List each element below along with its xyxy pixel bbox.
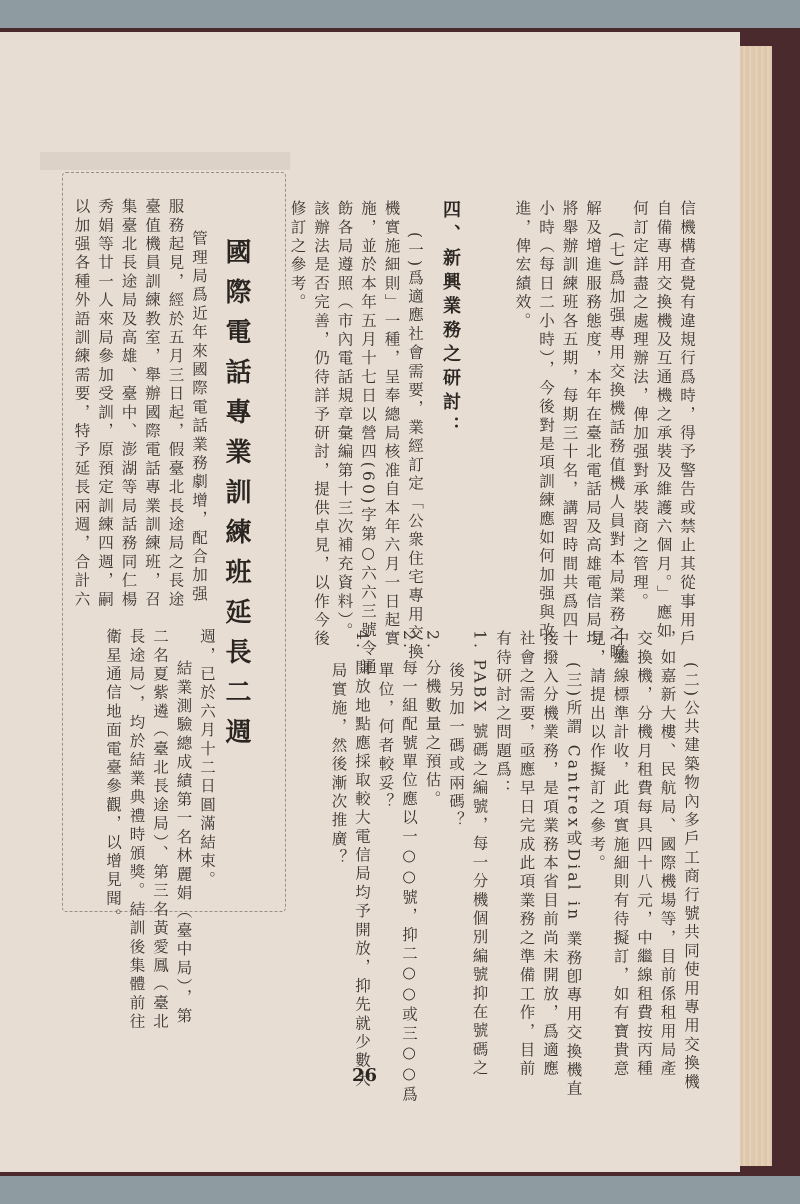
- text-column: 飭各局遵照（市內電話規章彙編第十三次補充資料）。: [332, 200, 356, 530]
- text-column: 施，並於本年五月十七日以營四(60)字第○六六三號令通: [356, 200, 380, 530]
- text-column: 管理局爲近年來國際電話業務劇增，配合加强: [187, 198, 211, 518]
- text-column: 秀娟等廿一人來局參加受訓，原預定訓練四週，嗣: [93, 198, 117, 518]
- page-edges: [740, 46, 772, 1166]
- text-column: 將舉辦訓練班各五期，每期三十名，講習時間共爲四十: [557, 200, 581, 530]
- text-column: 結業測驗總成績第一名林麗娟（臺中局），第: [171, 628, 195, 918]
- boxed-article-lower-text: 週，已於六月十二日圓滿結束。結業測驗總成績第一名林麗娟（臺中局），第二名夏紫遴（…: [101, 628, 219, 918]
- faint-show-through: [40, 152, 290, 170]
- text-column: 單位，何者較妥？: [373, 630, 397, 1030]
- text-column: 見，請提出以作擬訂之參考。: [585, 630, 609, 1030]
- section-heading: 四、新興業務之研討：: [437, 200, 463, 440]
- text-column: 1. PABX 號碼之編號，每一分機個別編號抑在號碼之: [467, 630, 491, 1030]
- text-column: 社會之需要，亟應早日完成此項業務之準備工作，目前: [514, 630, 538, 1030]
- right-top-text-block: 信機構查覺有違規行爲時，得予警告或禁止其從事用戶自備專用交換機及互通機之承裝及維…: [510, 200, 698, 530]
- text-column: 後另加一碼或兩碼？: [444, 630, 468, 1030]
- boxed-article-upper-text: 管理局爲近年來國際電話業務劇增，配合加强服務起見，經於五月三日起，假臺北長途局之…: [69, 198, 210, 518]
- text-column: 信機構查覺有違規行爲時，得予警告或禁止其從事用戶: [675, 200, 699, 530]
- text-column: 2. 分機數量之預估。: [420, 630, 444, 1030]
- text-column: 4. 開放地點應採取較大電信局均予開放，抑先就少數大: [350, 630, 374, 1030]
- text-column: (七)爲加强專用交換機話務值機人員對本局業務之瞭: [604, 200, 628, 530]
- text-column: 衛星通信地面電臺參觀，以增見聞。: [101, 628, 125, 918]
- text-column: 以加强各種外語訓練需要，特予延長兩週，合計六: [69, 198, 93, 518]
- middle-text-block: (一)爲適應社會需要，業經訂定「公衆住宅專用交換機實施細則」一種，呈奉總局核准自…: [285, 200, 426, 530]
- text-column: (一)爲適應社會需要，業經訂定「公衆住宅專用交換: [403, 200, 427, 530]
- text-column: 該辦法是否完善，仍待詳予研討，提供卓見，以作今後: [309, 200, 333, 530]
- lower-right-text-block: (二)公共建築物內多戶工商行號共同使用專用交換機，如嘉新大樓、民航局、國際機場等…: [326, 630, 702, 1030]
- text-column: 二名夏紫遴（臺北長途局）、第三名黃愛鳳（臺北: [148, 628, 172, 918]
- text-column: 有待研討之問題爲：: [491, 630, 515, 1030]
- text-column: 機實施細則」一種，呈奉總局核准自本年六月一日起實: [379, 200, 403, 530]
- text-column: 接撥入分機業務，是項業務本省目前尚未開放，爲適應: [538, 630, 562, 1030]
- text-column: 小時（每日二小時），今後對是項訓練應如何加强與改: [534, 200, 558, 530]
- text-column: ，如嘉新大樓、民航局、國際機場等，目前係租用局產: [655, 630, 679, 1030]
- text-column: 長途局），均於結業典禮時頒獎。結訓後集體前往: [124, 628, 148, 918]
- text-column: 解及增進服務態度，本年在臺北電話局及高雄電信局均: [581, 200, 605, 530]
- text-column: 中繼線標準計收，此項實施細則有待擬訂，如有寶貴意: [608, 630, 632, 1030]
- text-column: 週，已於六月十二日圓滿結束。: [195, 628, 219, 918]
- text-column: 2. 每一組配號單位應以一○○號，抑二○○或三○○爲: [397, 630, 421, 1030]
- text-column: 修訂之參考。: [285, 200, 309, 530]
- text-column: 集臺北長途局及高雄、臺中、澎湖等局話務同仁楊: [116, 198, 140, 518]
- boxed-article-title: 國際電話專業訓練班延長二週: [218, 238, 255, 758]
- text-column: 何訂定詳盡之處理辦法，俾加强對承裝商之管理。: [628, 200, 652, 530]
- text-column: (三)所謂 Cantrex或Dial in 業務卽專用交換機直: [561, 630, 585, 1030]
- page-number: 26: [352, 1065, 377, 1086]
- text-column: 自備專用交換機及互通機之承裝及維護六個月。」應如: [651, 200, 675, 530]
- text-column: 服務起見，經於五月三日起，假臺北長途局之長途: [163, 198, 187, 518]
- text-column: 交換機，分機月租費每具四十八元，中繼線租費按丙種: [632, 630, 656, 1030]
- text-column: (二)公共建築物內多戶工商行號共同使用專用交換機: [679, 630, 703, 1030]
- text-column: 局實施，然後漸次推廣？: [326, 630, 350, 1030]
- text-column: 臺值機員訓練教室，舉辦國際電話專業訓練班，召: [140, 198, 164, 518]
- text-column: 進，俾宏績效。: [510, 200, 534, 530]
